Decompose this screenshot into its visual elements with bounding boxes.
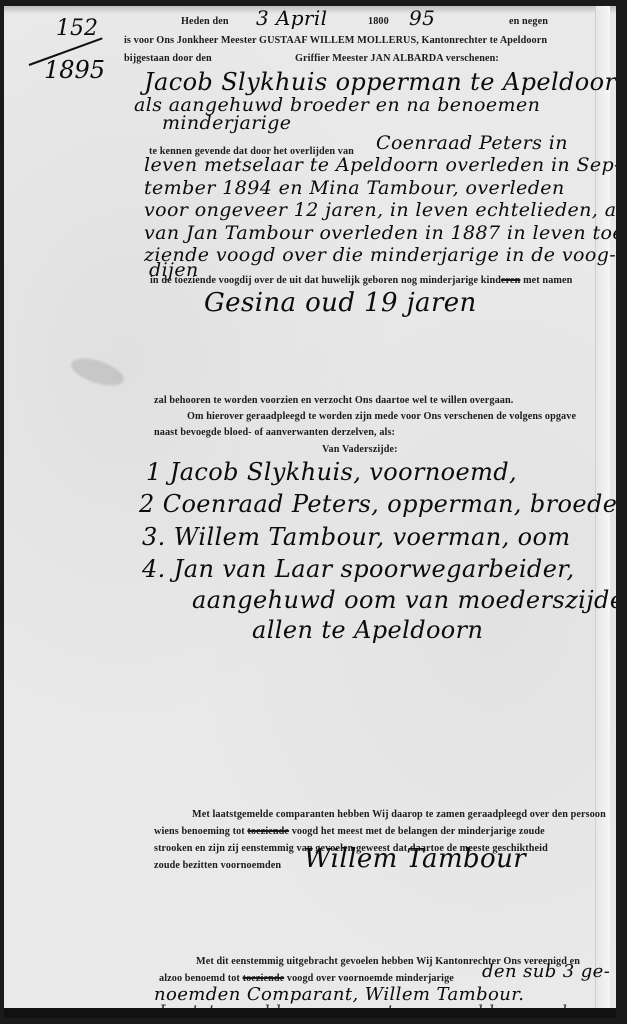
header-griffier: Griffier Meester JAN ALBARDA verschenen: [295, 53, 499, 64]
declaration-struck-word: eren [501, 275, 520, 286]
declaration-continuation-text: in de toeziende voogdij over de uit dat … [150, 275, 501, 286]
relative-2: 2 Coenraad Peters, opperman, broeder [139, 490, 616, 518]
declaration-met-namen: met namen [520, 275, 572, 286]
header-year-printed: 1800 [368, 16, 389, 27]
child-name-age: Gesina oud 19 jaren [204, 288, 477, 318]
appearing-person-line-3: minderjarige [162, 112, 291, 134]
appointment-hand-line-1: den sub 3 ge- [482, 961, 610, 982]
section-heading-vaderszijde: Van Vaderszijde: [322, 444, 398, 455]
relative-1: 1 Jacob Slykhuis, voornoemd, [146, 458, 517, 486]
relative-4-continuation: aangehuwd oom van moederszijde [192, 586, 616, 614]
consultation-struck-toeziende: toeziende [247, 826, 289, 837]
chosen-guardian-name: Willem Tambour [304, 844, 526, 874]
header-en-negen: en negen [509, 16, 548, 27]
page-bottom-edge [4, 1008, 616, 1018]
appointment-line-2a: alzoo benoemd tot [159, 973, 240, 984]
header-year-handwritten: 95 [409, 6, 435, 30]
declaration-hand-line-5: van Jan Tambour overleden in 1887 in lev… [144, 222, 616, 244]
appointment-struck-toeziende: toeziende [243, 973, 285, 984]
declaration-hand-line-3: tember 1894 en Mina Tambour, overleden [144, 177, 565, 199]
consultation-line-1: Met laatstgemelde comparanten hebben Wij… [192, 809, 606, 820]
request-line-1: zal behooren te worden voorzien en verzo… [154, 395, 513, 406]
appointment-line-2: alzoo benoemd tot toeziende voogd over v… [159, 973, 454, 984]
paper-stain [68, 353, 127, 391]
header-heden-den: Heden den [181, 16, 229, 27]
request-line-2: Om hierover geraadpleegd te worden zijn … [187, 411, 576, 422]
appointment-line-2b: voogd over voornoemde minderjarige [287, 973, 454, 984]
header-kantonrechter-line: is voor Ons Jonkheer Meester GUSTAAF WIL… [124, 35, 547, 46]
declaration-hand-line-4: voor ongeveer 12 jaren, in leven echteli… [144, 199, 616, 221]
request-line-3: naast bevoegde bloed- of aanverwanten de… [154, 427, 395, 438]
margin-year: 1895 [44, 56, 105, 84]
declaration-continuation: in de toeziende voogdij over de uit dat … [150, 275, 572, 286]
document-page: 152 1895 Heden den 3 April 1800 95 en ne… [4, 6, 616, 1018]
relative-3: 3. Willem Tambour, voerman, oom [142, 523, 571, 551]
consultation-line-2b: voogd het meest met de belangen der mind… [292, 826, 516, 837]
consultation-line-2: wiens benoeming tot toeziende voogd het … [154, 826, 545, 837]
header-date-handwritten: 3 April [256, 6, 327, 30]
margin-number: 152 [56, 16, 98, 41]
declaration-hand-line-1: Coenraad Peters in [376, 132, 568, 154]
consultation-line-2c: zoude [519, 826, 545, 837]
consultation-line-2a: wiens benoeming tot [154, 826, 245, 837]
header-bijgestaan: bijgestaan door den [124, 53, 212, 64]
consultation-line-4: zoude bezitten voornoemden [154, 860, 281, 871]
appearing-person-line-1: Jacob Slykhuis opperman te Apeldoorn [144, 68, 616, 96]
relatives-residence: allen te Apeldoorn [252, 616, 483, 644]
declaration-hand-line-6: ziende voogd over die minderjarige in de… [144, 244, 616, 266]
relative-4: 4. Jan van Laar spoorwegarbeider, [142, 555, 575, 583]
declaration-hand-line-2: leven metselaar te Apeldoorn overleden i… [144, 154, 616, 176]
